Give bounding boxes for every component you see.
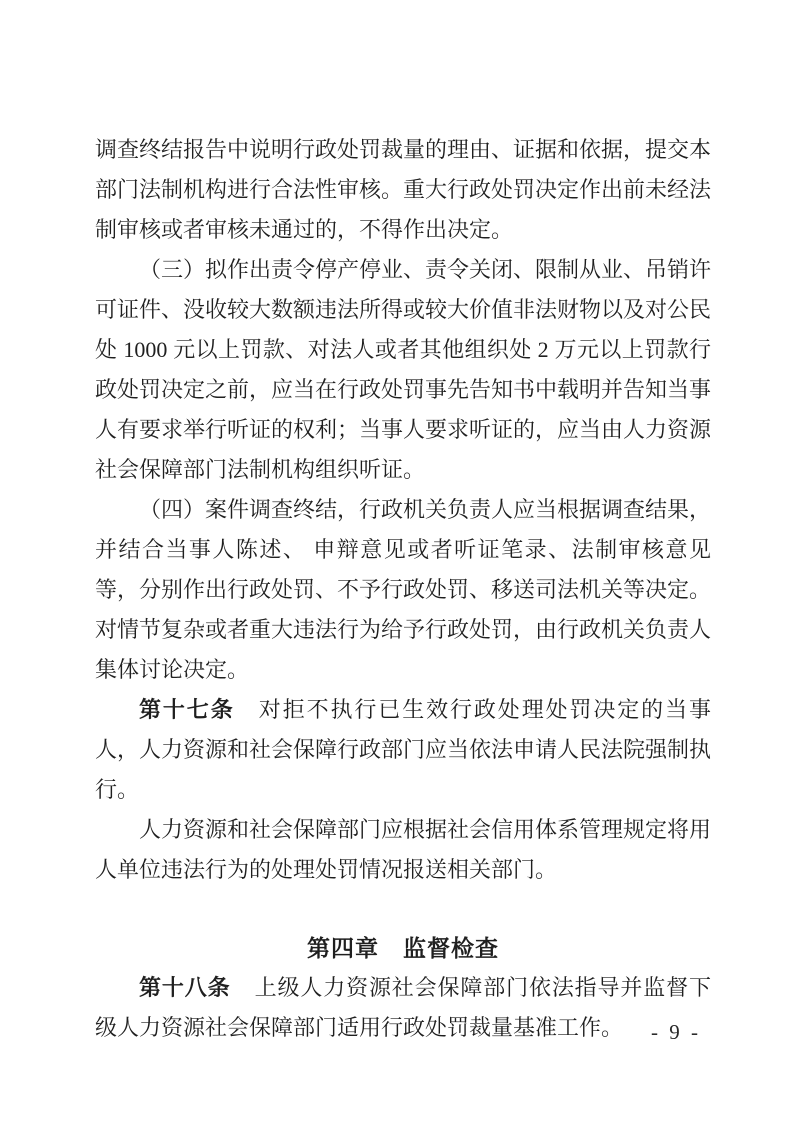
page-number: - 9 -	[651, 1020, 701, 1044]
chapter-heading: 第四章 监督检查	[95, 928, 711, 968]
paragraph-item-three: （三）拟作出责令停产停业、责令关闭、限制从业、吊销许可证件、没收较大数额违法所得…	[95, 250, 711, 490]
article-number-17: 第十七条	[139, 697, 235, 722]
document-page: 调查终结报告中说明行政处罚裁量的理由、证据和依据，提交本部门法制机构进行合法性审…	[0, 0, 793, 1122]
paragraph-text: （四）案件调查终结，行政机关负责人应当根据调查结果，并结合当事人陈述、 申辩意见…	[95, 497, 711, 682]
paragraph-continuation: 调查终结报告中说明行政处罚裁量的理由、证据和依据，提交本部门法制机构进行合法性审…	[95, 130, 711, 250]
paragraph-credit-report: 人力资源和社会保障部门应根据社会信用体系管理规定将用人单位违法行为的处理处罚情况…	[95, 810, 711, 890]
paragraph-item-four: （四）案件调查终结，行政机关负责人应当根据调查结果，并结合当事人陈述、 申辩意见…	[95, 490, 711, 690]
paragraph-text: 调查终结报告中说明行政处罚裁量的理由、证据和依据，提交本部门法制机构进行合法性审…	[95, 137, 711, 242]
paragraph-text: （三）拟作出责令停产停业、责令关闭、限制从业、吊销许可证件、没收较大数额违法所得…	[95, 257, 711, 482]
paragraph-text: 人力资源和社会保障部门应根据社会信用体系管理规定将用人单位违法行为的处理处罚情况…	[95, 817, 711, 882]
paragraph-article-17: 第十七条对拒不执行已生效行政处理处罚决定的当事人，人力资源和社会保障行政部门应当…	[95, 690, 711, 810]
article-number-18: 第十八条	[139, 975, 230, 1000]
paragraph-article-18: 第十八条上级人力资源社会保障部门依法指导并监督下级人力资源社会保障部门适用行政处…	[95, 968, 711, 1048]
document-body: 调查终结报告中说明行政处罚裁量的理由、证据和依据，提交本部门法制机构进行合法性审…	[95, 130, 711, 1048]
